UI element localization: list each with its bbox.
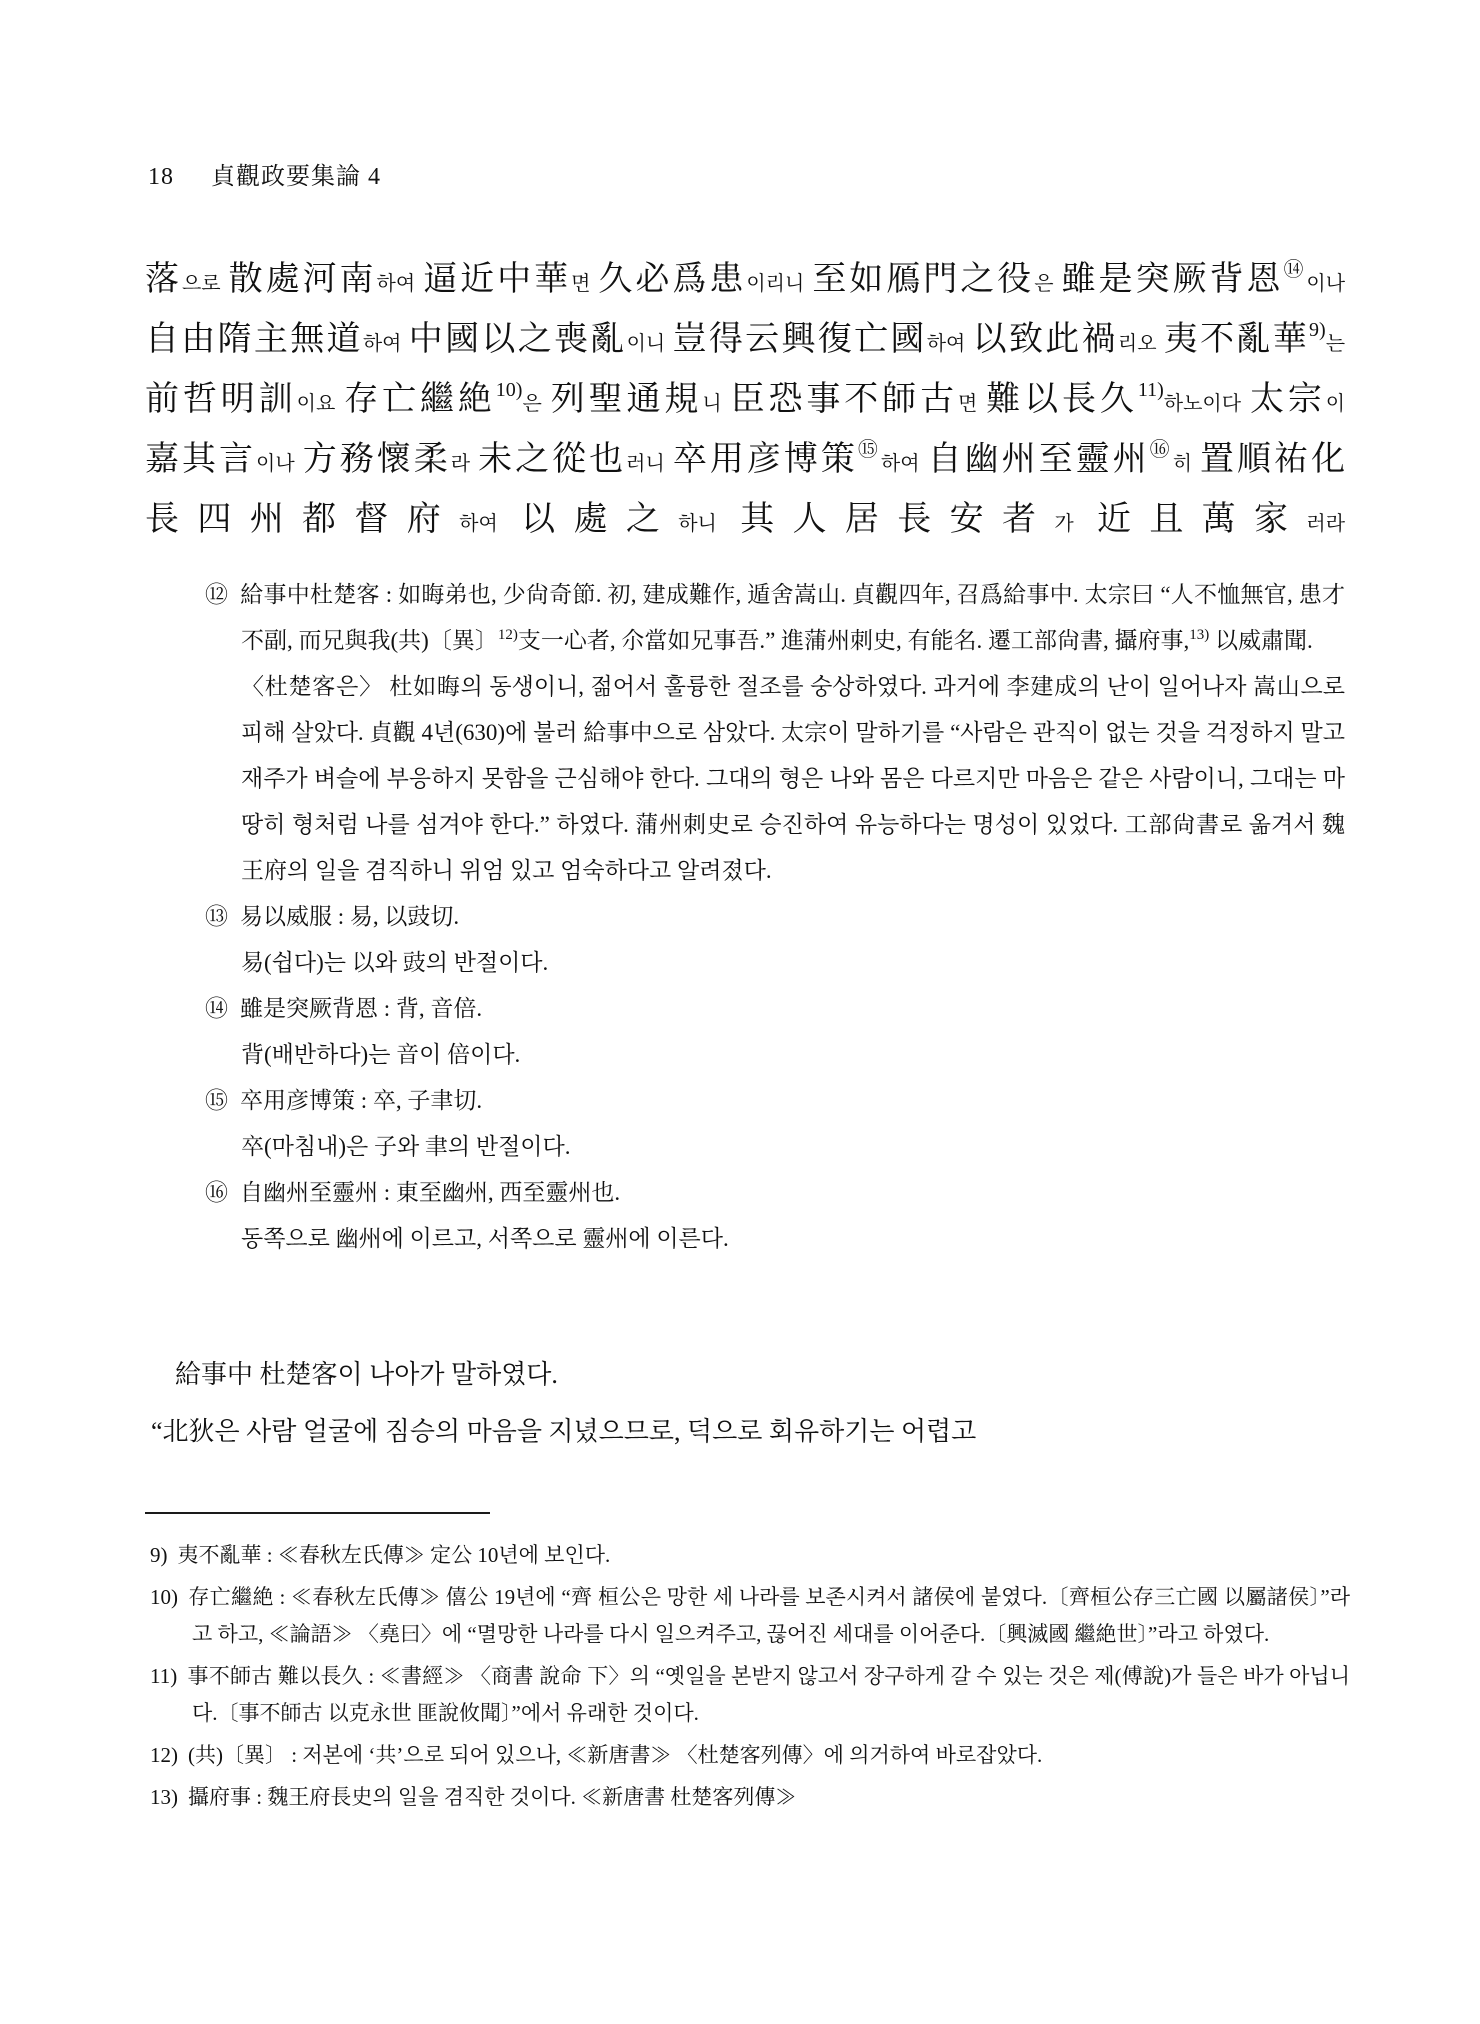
- footnote-number: 11): [150, 1664, 177, 1688]
- footnotes-block: 9)夷不亂華 : ≪春秋左氏傳≫ 定公 10년에 보인다. 10)存亡繼絶 : …: [150, 1537, 1350, 1821]
- footnote-number: 9): [150, 1543, 168, 1567]
- footnote-text: 存亡繼絶 : ≪春秋左氏傳≫ 僖公 19년에 “齊 桓公은 망한 세 나라를 보…: [188, 1585, 1350, 1646]
- text-segment: 嘉其言: [145, 441, 256, 478]
- text-segment: 難以長久: [986, 381, 1138, 418]
- text-segment: 하니: [678, 513, 740, 535]
- text-segment: 동쪽으로 幽州에 이르고, 서쪽으로 靈州에 이른다.: [241, 1226, 729, 1251]
- text-segment: 其人居長安者: [740, 501, 1054, 538]
- text-segment: 以處之: [521, 501, 678, 538]
- text-segment: 自由隋主無道: [145, 321, 363, 358]
- text-segment: 하여: [927, 333, 973, 355]
- footnote-divider: [145, 1512, 490, 1514]
- annotation-item-14: ⑭雖是突厥背恩 : 背, 音倍. 背(배반하다)는 音이 倍이다.: [205, 986, 1345, 1078]
- text-segment: 雖是突厥背恩: [1062, 261, 1284, 298]
- text-segment: 中國以之喪亂: [409, 321, 627, 358]
- text-segment: 長四州都督府: [145, 501, 459, 538]
- text-segment: 支一心者, 尒當如兄事吾.” 進蒲州刺史, 有能名. 遷工部尙書, 攝府事,: [518, 628, 1189, 653]
- page-header: 18 貞觀政要集論 4: [148, 156, 381, 191]
- annotation-head: ⑭雖是突厥背恩 : 背, 音倍.: [205, 986, 1345, 1032]
- annotation-item-13: ⑬易以威服 : 易, 以豉切. 易(쉽다)는 以와 豉의 반절이다.: [205, 894, 1345, 986]
- note-reference-mark: 12): [498, 627, 518, 643]
- annotations-block: ⑫給事中杜楚客 : 如晦弟也, 少尙奇節. 初, 建成難作, 遁舍嵩山. 貞觀四…: [205, 572, 1345, 1262]
- text-segment: 逼近中華: [423, 261, 571, 298]
- text-segment: 易(쉽다)는 以와 豉의 반절이다.: [241, 950, 548, 975]
- annotation-head: ⑫給事中杜楚客 : 如晦弟也, 少尙奇節. 初, 建成難作, 遁舍嵩山. 貞觀四…: [205, 572, 1345, 664]
- note-reference-mark: 9): [1309, 319, 1326, 341]
- text-segment: 置順祐化: [1200, 441, 1345, 478]
- text-segment: 雖是突厥背恩 : 背, 音倍.: [240, 996, 482, 1021]
- text-segment: 太宗: [1250, 381, 1326, 418]
- text-segment: 以威肅聞.: [1209, 628, 1313, 653]
- text-segment: 이리니: [746, 273, 812, 295]
- book-title: 貞觀政要集論 4: [211, 164, 381, 190]
- text-segment: 이나: [1306, 273, 1345, 295]
- footnote-item-12: 12)(共)〔異〕 : 저본에 ‘共’으로 되어 있으나, ≪新唐書≫ 〈杜楚客…: [150, 1737, 1350, 1774]
- note-reference-mark: 13): [1189, 627, 1209, 643]
- text-segment: 하여: [881, 453, 928, 475]
- annotation-item-16: ⑯自幽州至靈州 : 東至幽州, 西至靈州也. 동쪽으로 幽州에 이르고, 서쪽으…: [205, 1170, 1345, 1262]
- annotation-head-text: 給事中杜楚客 : 如晦弟也, 少尙奇節. 初, 建成難作, 遁舍嵩山. 貞觀四年…: [240, 582, 1345, 653]
- footnote-item-11: 11)事不師古 難以長久 : ≪書經≫ 〈商書 說命 下〉의 “옛일을 본받지 …: [150, 1658, 1350, 1732]
- text-segment: 이나: [256, 453, 303, 475]
- footnote-number: 10): [150, 1585, 178, 1609]
- text-segment: 이요: [297, 393, 345, 415]
- annotation-head-text: 卒用彦博策 : 卒, 子聿切.: [240, 1088, 482, 1113]
- text-segment: 하여: [459, 513, 521, 535]
- text-segment: 存亡繼絶: [344, 381, 496, 418]
- text-segment: 이: [1326, 393, 1345, 415]
- text-segment: 近且萬家: [1097, 501, 1306, 538]
- annotation-translation: 동쪽으로 幽州에 이르고, 서쪽으로 靈州에 이른다.: [241, 1216, 1345, 1262]
- annotation-marker: ⑮: [205, 1088, 228, 1113]
- text-segment: 리오: [1118, 333, 1164, 355]
- body-paragraph-2: “北狄은 사람 얼굴에 짐승의 마음을 지녔으므로, 덕으로 회유하기는 어렵고: [145, 1403, 1350, 1460]
- text-segment: 〈杜楚客은〉 杜如晦의 동생이니, 젊어서 훌륭한 절조를 숭상하였다. 과거에…: [241, 674, 1345, 883]
- text-segment: 未之從也: [478, 441, 626, 478]
- footnote-item-10: 10)存亡繼絶 : ≪春秋左氏傳≫ 僖公 19년에 “齊 桓公은 망한 세 나라…: [150, 1579, 1350, 1653]
- text-segment: 은: [522, 393, 550, 415]
- page-number: 18: [148, 164, 174, 190]
- text-segment: 가: [1054, 513, 1097, 535]
- text-segment: 하여: [363, 333, 409, 355]
- text-segment: 면: [571, 273, 598, 295]
- text-segment: 는: [1326, 333, 1345, 355]
- annotation-translation: 背(배반하다)는 音이 倍이다.: [241, 1032, 1345, 1078]
- text-segment: 前哲明訓: [145, 381, 297, 418]
- text-segment: 背(배반하다)는 音이 倍이다.: [241, 1042, 520, 1067]
- text-segment: 면: [958, 393, 986, 415]
- passage-line-5: 長四州都督府하여 以處之하니 其人居長安者가 近且萬家러라: [145, 490, 1345, 550]
- note-reference-mark: ⑯: [1150, 439, 1173, 461]
- text-segment: 으로: [182, 273, 229, 295]
- main-passage: 落으로 散處河南하여 逼近中華면 久必爲患이리니 至如鴈門之役은 雖是突厥背恩⑭…: [145, 250, 1345, 550]
- note-reference-mark: 11): [1138, 379, 1164, 401]
- text-segment: 自幽州至靈州: [928, 441, 1150, 478]
- annotation-marker: ⑫: [205, 582, 228, 607]
- text-segment: 러니: [626, 453, 673, 475]
- annotation-head: ⑮卒用彦博策 : 卒, 子聿切.: [205, 1078, 1345, 1124]
- text-segment: 夷不亂華: [1164, 321, 1309, 358]
- text-segment: 落: [145, 261, 182, 298]
- text-segment: 至如鴈門之役: [812, 261, 1034, 298]
- text-segment: 自幽州至靈州 : 東至幽州, 西至靈州也.: [240, 1180, 620, 1205]
- footnote-text: 攝府事 : 魏王府長史의 일을 겸직한 것이다. ≪新唐書 杜楚客列傳≫: [188, 1785, 796, 1809]
- body-paragraph-1: 給事中 杜楚客이 나아가 말하였다.: [145, 1346, 1350, 1403]
- text-segment: 列聖通規: [551, 381, 703, 418]
- note-reference-mark: ⑭: [1283, 259, 1306, 281]
- annotation-head-text: 自幽州至靈州 : 東至幽州, 西至靈州也.: [240, 1180, 620, 1205]
- text-segment: 라: [451, 453, 478, 475]
- body-text: 給事中 杜楚客이 나아가 말하였다. “北狄은 사람 얼굴에 짐승의 마음을 지…: [145, 1346, 1350, 1460]
- footnote-item-9: 9)夷不亂華 : ≪春秋左氏傳≫ 定公 10년에 보인다.: [150, 1537, 1350, 1574]
- footnote-text: (共)〔異〕 : 저본에 ‘共’으로 되어 있으나, ≪新唐書≫ 〈杜楚客列傳〉…: [188, 1743, 1042, 1767]
- passage-line-1: 落으로 散處河南하여 逼近中華면 久必爲患이리니 至如鴈門之役은 雖是突厥背恩⑭…: [145, 250, 1345, 310]
- annotation-marker: ⑭: [205, 996, 228, 1021]
- footnote-text: 夷不亂華 : ≪春秋左氏傳≫ 定公 10년에 보인다.: [178, 1543, 611, 1567]
- annotation-item-15: ⑮卒用彦博策 : 卒, 子聿切. 卒(마침내)은 子와 聿의 반절이다.: [205, 1078, 1345, 1170]
- text-segment: 方務懷柔: [303, 441, 451, 478]
- text-segment: 히: [1173, 453, 1200, 475]
- annotation-item-12: ⑫給事中杜楚客 : 如晦弟也, 少尙奇節. 初, 建成難作, 遁舍嵩山. 貞觀四…: [205, 572, 1345, 894]
- annotation-translation: 卒(마침내)은 子와 聿의 반절이다.: [241, 1124, 1345, 1170]
- book-page: 18 貞觀政要集論 4 落으로 散處河南하여 逼近中華면 久必爲患이리니 至如鴈…: [0, 0, 1480, 2024]
- text-segment: 散處河南: [229, 261, 377, 298]
- annotation-head-text: 易以威服 : 易, 以豉切.: [240, 904, 459, 929]
- annotation-head: ⑯自幽州至靈州 : 東至幽州, 西至靈州也.: [205, 1170, 1345, 1216]
- passage-line-4: 嘉其言이나 方務懷柔라 未之從也러니 卒用彦博策⑮하여 自幽州至靈州⑯히 置順祐…: [145, 430, 1345, 490]
- note-reference-mark: ⑮: [858, 439, 881, 461]
- text-segment: 以致此禍: [973, 321, 1118, 358]
- text-segment: 하여: [377, 273, 424, 295]
- annotation-head: ⑬易以威服 : 易, 以豉切.: [205, 894, 1345, 940]
- text-segment: 卒(마침내)은 子와 聿의 반절이다.: [241, 1134, 571, 1159]
- text-segment: 이니: [627, 333, 673, 355]
- text-segment: 卒用彦博策: [673, 441, 858, 478]
- text-segment: 豈得云興復亡國: [673, 321, 927, 358]
- text-segment: 卒用彦博策 : 卒, 子聿切.: [240, 1088, 482, 1113]
- annotation-translation: 易(쉽다)는 以와 豉의 반절이다.: [241, 940, 1345, 986]
- text-segment: 臣恐事不師古: [731, 381, 958, 418]
- annotation-translation: 〈杜楚客은〉 杜如晦의 동생이니, 젊어서 훌륭한 절조를 숭상하였다. 과거에…: [241, 664, 1345, 894]
- text-segment: 은: [1034, 273, 1061, 295]
- annotation-marker: ⑬: [205, 904, 228, 929]
- annotation-head-text: 雖是突厥背恩 : 背, 音倍.: [240, 996, 482, 1021]
- footnote-number: 13): [150, 1785, 178, 1809]
- text-segment: 니: [702, 393, 730, 415]
- passage-line-3: 前哲明訓이요 存亡繼絶10)은 列聖通規니 臣恐事不師古면 難以長久11)하노이…: [145, 370, 1345, 430]
- passage-line-2: 自由隋主無道하여 中國以之喪亂이니 豈得云興復亡國하여 以致此禍리오 夷不亂華9…: [145, 310, 1345, 370]
- footnote-number: 12): [150, 1743, 178, 1767]
- text-segment: 久必爲患: [598, 261, 746, 298]
- footnote-text: 事不師古 難以長久 : ≪書經≫ 〈商書 說命 下〉의 “옛일을 본받지 않고서…: [187, 1664, 1350, 1725]
- note-reference-mark: 10): [496, 379, 523, 401]
- text-segment: 러라: [1306, 513, 1345, 535]
- footnote-item-13: 13)攝府事 : 魏王府長史의 일을 겸직한 것이다. ≪新唐書 杜楚客列傳≫: [150, 1779, 1350, 1816]
- text-segment: 易以威服 : 易, 以豉切.: [240, 904, 459, 929]
- annotation-marker: ⑯: [205, 1180, 228, 1205]
- text-segment: 하노이다: [1164, 393, 1250, 415]
